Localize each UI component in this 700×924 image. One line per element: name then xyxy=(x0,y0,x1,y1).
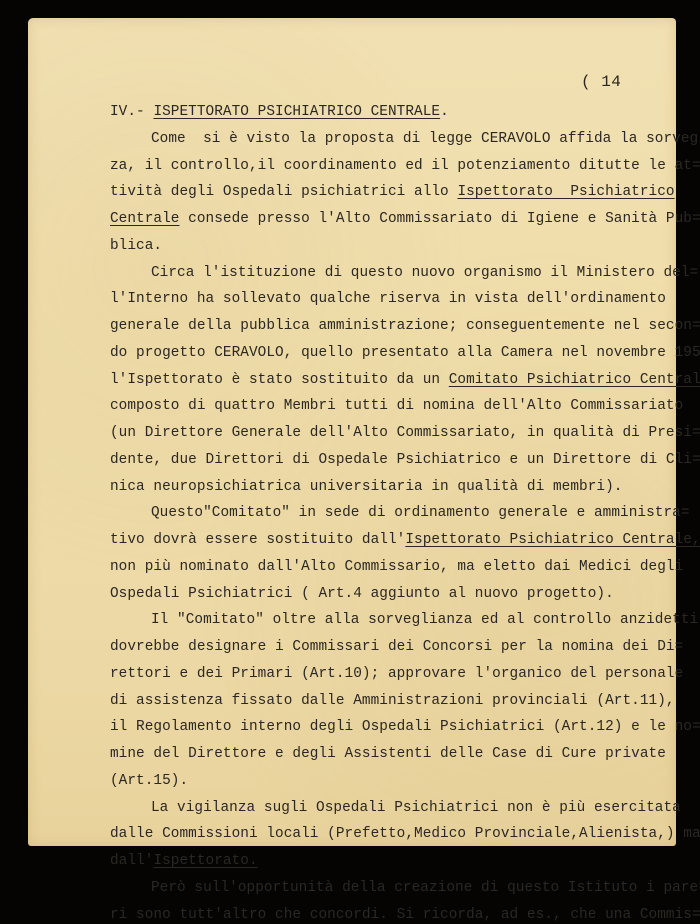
text-run: Ospedali Psichiatrici ( Art.4 aggiunto a… xyxy=(110,586,614,602)
section-title-text: ISPETTORATO PSICHIATRICO CENTRALE xyxy=(153,104,440,120)
paragraph-line: dall'Ispettorato. xyxy=(110,852,258,870)
paragraph-first-line: Come si è visto la proposta di legge CER… xyxy=(151,130,700,148)
paragraph-line: za, il controllo,il coordinamento ed il … xyxy=(110,157,700,175)
underlined-text: Ispettorato Psichiatrico Centrale, xyxy=(405,532,700,548)
text-run: consede presso l'Alto Commissariato di I… xyxy=(180,211,700,227)
text-run: di assistenza fissato dalle Amministrazi… xyxy=(110,693,675,709)
paragraph-first-line: Il "Comitato" oltre alla sorveglianza ed… xyxy=(151,611,698,629)
paragraph-line: (Art.15). xyxy=(110,772,188,790)
section-number: IV.- xyxy=(110,104,153,120)
text-run: (Art.15). xyxy=(110,773,188,789)
text-run: za, il controllo,il coordinamento ed il … xyxy=(110,158,700,174)
paragraph-line: il Regolamento interno degli Ospedali Ps… xyxy=(110,718,700,736)
underlined-text: Comitato Psichiatrico Centrale xyxy=(449,372,700,388)
text-run: dall' xyxy=(110,853,153,869)
paragraph-line: tivo dovrà essere sostituito dall'Ispett… xyxy=(110,531,700,549)
section-title: IV.- ISPETTORATO PSICHIATRICO CENTRALE. xyxy=(110,103,449,121)
paragraph-line: (un Direttore Generale dell'Alto Commiss… xyxy=(110,424,700,442)
text-run: dalle Commissioni locali (Prefetto,Medic… xyxy=(110,826,700,842)
paragraph-line: Ospedali Psichiatrici ( Art.4 aggiunto a… xyxy=(110,585,614,603)
text-run: tività degli Ospedali psichiatrici allo xyxy=(110,184,457,200)
paragraph-line: l'Ispettorato è stato sostituito da un C… xyxy=(110,371,700,389)
text-run: Come si è visto la proposta di legge CER… xyxy=(151,131,700,147)
paragraph-line: mine del Direttore e degli Assistenti de… xyxy=(110,745,666,763)
paragraph-line: do progetto CERAVOLO, quello presentato … xyxy=(110,344,700,362)
paragraph-first-line: Circa l'istituzione di questo nuovo orga… xyxy=(151,264,698,282)
text-run: (un Direttore Generale dell'Alto Commiss… xyxy=(110,425,700,441)
paragraph-line: l'Interno ha sollevato qualche riserva i… xyxy=(110,290,666,308)
text-run: dovrebbe designare i Commissari dei Conc… xyxy=(110,639,683,655)
paragraph-line: dente, due Direttori di Ospedale Psichia… xyxy=(110,451,700,469)
text-run: dente, due Direttori di Ospedale Psichia… xyxy=(110,452,700,468)
text-run: Circa l'istituzione di questo nuovo orga… xyxy=(151,265,698,281)
paragraph-line: generale della pubblica amministrazione;… xyxy=(110,317,700,335)
text-run: nica neuropsichiatrica universitaria in … xyxy=(110,479,622,495)
paragraph-line: rettori e dei Primari (Art.10); approvar… xyxy=(110,665,683,683)
text-run: Questo"Comitato" in sede di ordinamento … xyxy=(151,505,690,521)
text-run: tivo dovrà essere sostituito dall' xyxy=(110,532,405,548)
document-page: ( 14 IV.- ISPETTORATO PSICHIATRICO CENTR… xyxy=(28,18,676,846)
text-run: il Regolamento interno degli Ospedali Ps… xyxy=(110,719,700,735)
paragraph-line: composto di quattro Membri tutti di nomi… xyxy=(110,397,683,415)
text-run: l'Ispettorato è stato sostituito da un xyxy=(110,372,449,388)
paragraph-first-line: La vigilanza sugli Ospedali Psichiatrici… xyxy=(151,799,681,817)
text-run: non più nominato dall'Alto Commissario, … xyxy=(110,559,683,575)
paragraph-first-line: Questo"Comitato" in sede di ordinamento … xyxy=(151,504,690,522)
paragraph-line: blica. xyxy=(110,237,162,255)
paragraph-line: nica neuropsichiatrica universitaria in … xyxy=(110,478,622,496)
page-number: ( 14 xyxy=(581,73,621,91)
text-run: La vigilanza sugli Ospedali Psichiatrici… xyxy=(151,800,681,816)
text-run: rettori e dei Primari (Art.10); approvar… xyxy=(110,666,683,682)
text-run: do progetto CERAVOLO, quello presentato … xyxy=(110,345,700,361)
text-run: mine del Direttore e degli Assistenti de… xyxy=(110,746,666,762)
paragraph-line: non più nominato dall'Alto Commissario, … xyxy=(110,558,683,576)
underlined-text: Ispettorato. xyxy=(153,853,257,869)
paragraph-line: dovrebbe designare i Commissari dei Conc… xyxy=(110,638,683,656)
text-run: l'Interno ha sollevato qualche riserva i… xyxy=(110,291,666,307)
text-run: generale della pubblica amministrazione;… xyxy=(110,318,700,334)
paragraph-line: tività degli Ospedali psichiatrici allo … xyxy=(110,183,675,201)
section-title-period: . xyxy=(440,104,449,120)
underlined-text: Ispettorato Psichiatrico xyxy=(457,184,674,200)
paragraph-line: Centrale consede presso l'Alto Commissar… xyxy=(110,210,700,228)
paragraph-line: dalle Commissioni locali (Prefetto,Medic… xyxy=(110,825,700,843)
text-run: composto di quattro Membri tutti di nomi… xyxy=(110,398,683,414)
text-run: blica. xyxy=(110,238,162,254)
paragraph-line: di assistenza fissato dalle Amministrazi… xyxy=(110,692,675,710)
underlined-text: Centrale xyxy=(110,211,180,227)
text-run: Il "Comitato" oltre alla sorveglianza ed… xyxy=(151,612,698,628)
